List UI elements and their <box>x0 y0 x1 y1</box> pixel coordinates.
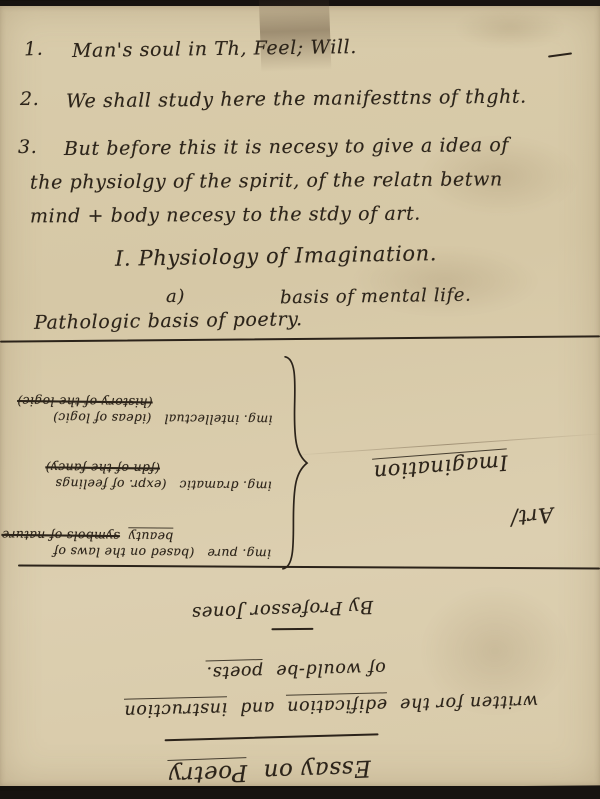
note-text: We shall study here the manifesttns of t… <box>66 86 527 113</box>
diagram-item-pure: img. pure (based on the laws of beauty s… <box>1 528 271 562</box>
note-number: 3. <box>18 136 37 158</box>
rule-divider <box>0 335 600 342</box>
pathologic-basis-line: Pathologic basis of poetry. <box>34 308 303 334</box>
diagram-item-dramatic: img. dramatic (expr. of feelings (fdn of… <box>45 460 272 494</box>
sub-item-label: a) <box>166 286 185 307</box>
brace-icon <box>279 354 313 572</box>
note-text: the physiolgy of the spirit, of the rela… <box>30 168 503 193</box>
note-number: 1. <box>24 38 44 61</box>
title-subtitle-line2: of would-be poets. <box>206 658 386 683</box>
scanned-manuscript-page: 1. Man's soul in Th, Feel; Will. 2. We s… <box>0 0 600 799</box>
note-number: 2. <box>20 88 39 110</box>
note-text: Man's soul in Th, Feel; Will. <box>72 36 357 62</box>
byline-dash <box>271 628 313 630</box>
diagram-imagination-label: Imagination <box>372 450 508 484</box>
title-block: Essay on Poetry written for the edificat… <box>0 575 600 793</box>
margin-dash <box>548 52 572 57</box>
note-text: mind + body necesy to the stdy of art. <box>30 203 421 228</box>
diagram-art-label: Art/ <box>509 502 554 530</box>
note-text: But before this it is necesy to give a i… <box>64 134 509 160</box>
manuscript-paper: 1. Man's soul in Th, Feel; Will. 2. We s… <box>0 6 600 786</box>
byline: By Professor Jones <box>191 596 374 624</box>
essay-title: Essay on Poetry <box>168 755 371 788</box>
title-subtitle-line1: written for the edification and instruct… <box>124 691 539 721</box>
diagram-item-intellectual: img. intellectual (ideas of logic) (hist… <box>17 394 273 428</box>
imagination-diagram: Art/ Imagination img. pure (based on the… <box>0 349 600 577</box>
bleedthrough-mark <box>455 8 565 48</box>
sub-item-text: basis of mental life. <box>280 285 472 309</box>
title-underline <box>165 733 379 741</box>
